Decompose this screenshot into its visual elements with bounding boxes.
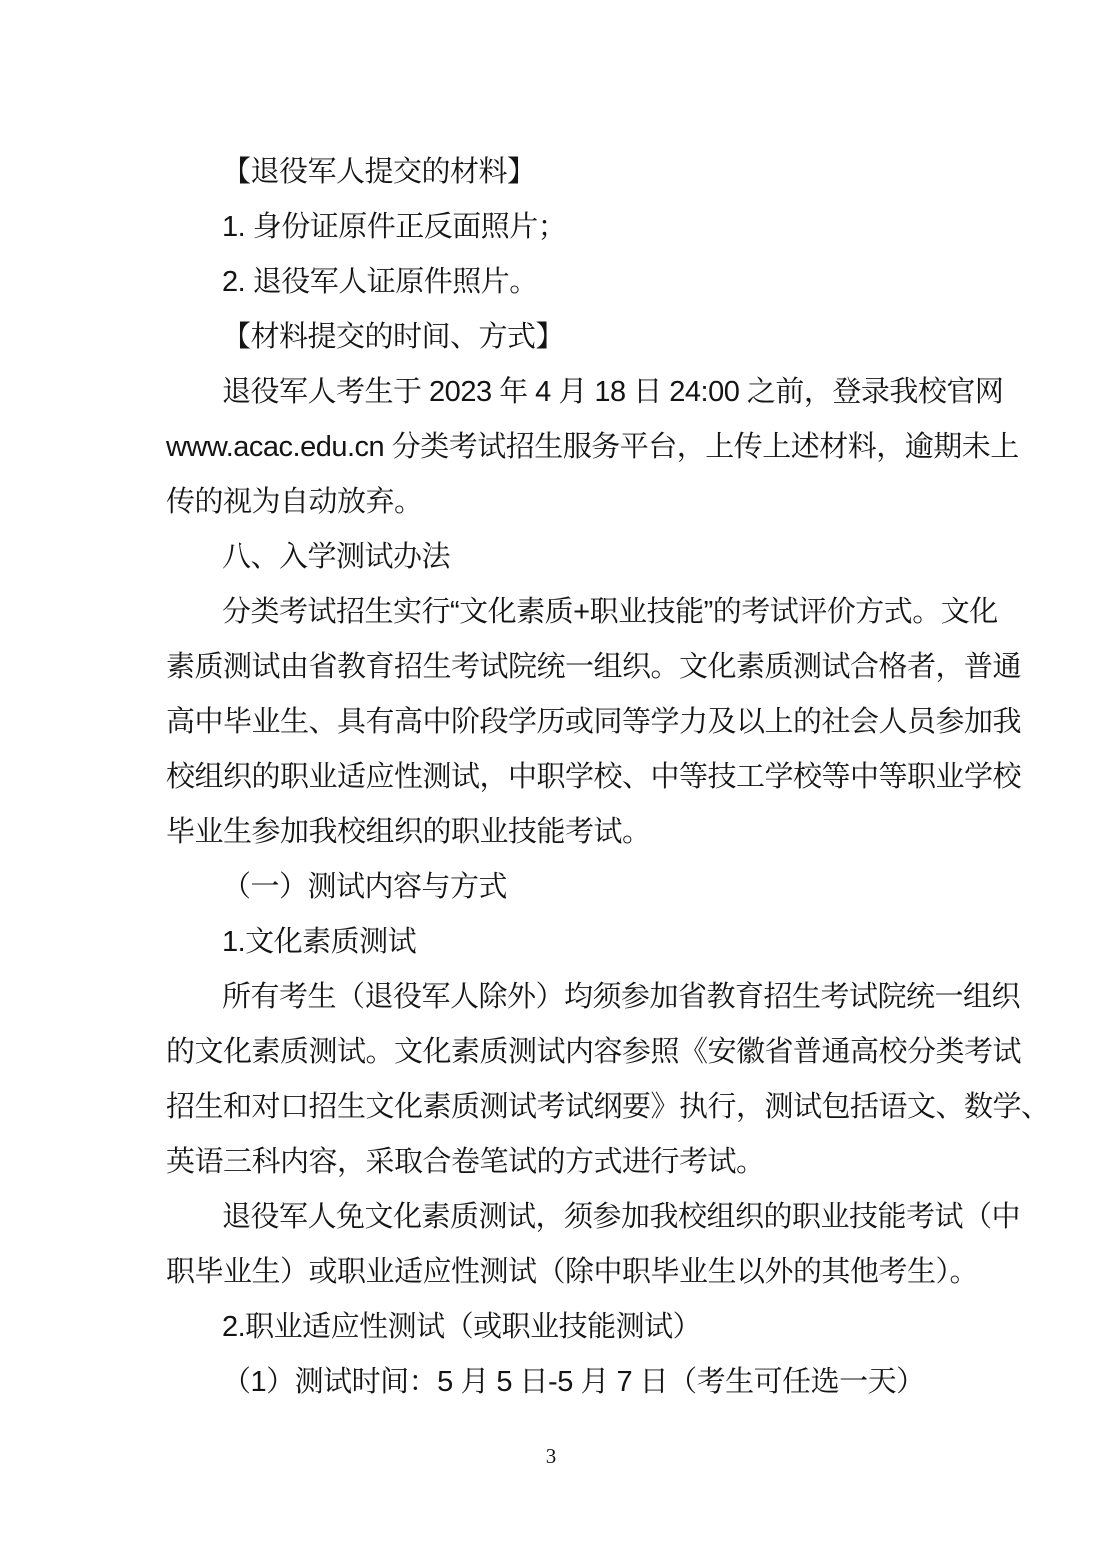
text-line: （1）测试时间：5 月 5 日-5 月 7 日（考生可任选一天） bbox=[166, 1355, 938, 1410]
page-number: 3 bbox=[0, 1444, 1102, 1469]
text-line: 职毕业生）或职业适应性测试（除中职毕业生以外的其他考生）。 bbox=[166, 1245, 938, 1300]
text-line: 所有考生（退役军人除外）均须参加省教育招生考试院统一组织 bbox=[166, 970, 938, 1025]
text-line: www.acac.edu.cn 分类考试招生服务平台，上传上述材料，逾期未上 bbox=[166, 420, 938, 475]
text-line: 毕业生参加我校组织的职业技能考试。 bbox=[166, 805, 938, 860]
text-line: （一）测试内容与方式 bbox=[166, 860, 938, 915]
text-line: 素质测试由省教育招生考试院统一组织。文化素质测试合格者，普通 bbox=[166, 640, 938, 695]
text-line: 的文化素质测试。文化素质测试内容参照《安徽省普通高校分类考试 bbox=[166, 1025, 938, 1080]
text-line: 校组织的职业适应性测试，中职学校、中等技工学校等中等职业学校 bbox=[166, 750, 938, 805]
text-line: 退役军人考生于 2023 年 4 月 18 日 24:00 之前，登录我校官网 bbox=[166, 365, 938, 420]
document-page: 【退役军人提交的材料】1. 身份证原件正反面照片；2. 退役军人证原件照片。【材… bbox=[0, 0, 1102, 1559]
text-line: 2.职业适应性测试（或职业技能测试） bbox=[166, 1300, 938, 1355]
text-line: 英语三科内容，采取合卷笔试的方式进行考试。 bbox=[166, 1135, 938, 1190]
text-line: 1.文化素质测试 bbox=[166, 915, 938, 970]
document-body: 【退役军人提交的材料】1. 身份证原件正反面照片；2. 退役军人证原件照片。【材… bbox=[166, 145, 938, 1410]
text-line: 退役军人免文化素质测试，须参加我校组织的职业技能考试（中 bbox=[166, 1190, 938, 1245]
text-line: 1. 身份证原件正反面照片； bbox=[166, 200, 938, 255]
text-line: 【材料提交的时间、方式】 bbox=[166, 310, 938, 365]
text-line: 高中毕业生、具有高中阶段学历或同等学力及以上的社会人员参加我 bbox=[166, 695, 938, 750]
text-line: 2. 退役军人证原件照片。 bbox=[166, 255, 938, 310]
text-line: 八、入学测试办法 bbox=[166, 530, 938, 585]
text-line: 招生和对口招生文化素质测试考试纲要》执行，测试包括语文、数学、 bbox=[166, 1080, 938, 1135]
text-line: 传的视为自动放弃。 bbox=[166, 475, 938, 530]
text-line: 分类考试招生实行“文化素质+职业技能”的考试评价方式。文化 bbox=[166, 585, 938, 640]
text-line: 【退役军人提交的材料】 bbox=[166, 145, 938, 200]
